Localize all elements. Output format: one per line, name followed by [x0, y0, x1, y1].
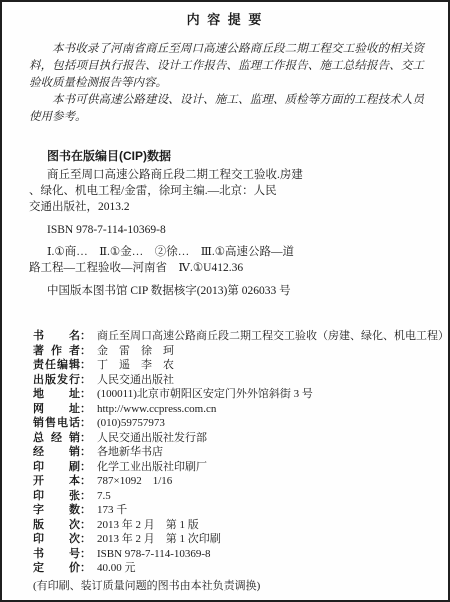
colophon-value: http://www.ccpress.com.cn [97, 402, 216, 417]
cip-isbn: ISBN 978-7-114-10369-8 [47, 222, 434, 238]
cip-data-section: 图书在版编目(CIP)数据 商丘至周口高速公路商丘段二期工程交工验收.房建 、绿… [29, 148, 434, 299]
colophon-value: 40.00 元 [97, 561, 136, 576]
colophon-row: 版次：2013 年 2 月 第 1 版 [33, 518, 440, 533]
colophon-row: 书号：ISBN 978-7-114-10369-8 [33, 547, 440, 562]
cip-title-line: 交通出版社，2013.2 [29, 199, 434, 215]
summary-paragraph-2: 本书可供高速公路建设、设计、施工、监理、质检等方面的工程技术人员使用参考。 [29, 92, 424, 126]
colophon-value: 丁 遥 李 农 [97, 358, 174, 373]
cip-title-line: 、绿化、机电工程/金雷，徐珂主编.—北京：人民 [29, 183, 434, 199]
colophon-row: 出版发行：人民交通出版社 [33, 373, 440, 388]
cip-heading: 图书在版编目(CIP)数据 [47, 148, 434, 164]
colophon-row: 著作者：金 雷 徐 珂 [33, 344, 440, 359]
colophon-row: 网址：http://www.ccpress.com.cn [33, 402, 440, 417]
colophon-colon: ： [80, 474, 91, 489]
colophon-label: 定价 [33, 561, 80, 576]
colophon-label: 地址 [33, 387, 80, 402]
colophon-colon: ： [80, 445, 91, 460]
colophon-label: 开本 [33, 474, 80, 489]
cip-classification-line: 路工程—工程验收—河南省 Ⅳ.①U412.36 [29, 260, 434, 276]
colophon-value: (010)59757973 [97, 416, 165, 431]
colophon-row: 书名：商丘至周口高速公路商丘段二期工程交工验收（房建、绿化、机电工程） [33, 329, 440, 344]
colophon-colon: ： [80, 329, 91, 344]
colophon-value: 人民交通出版社发行部 [97, 431, 207, 446]
colophon-colon: ： [80, 547, 91, 562]
colophon-colon: ： [80, 387, 91, 402]
colophon-row: 责任编辑：丁 遥 李 农 [33, 358, 440, 373]
colophon-row: 销售电话：(010)59757973 [33, 416, 440, 431]
summary-text: 本书收录了河南省商丘至周口高速公路商丘段二期工程交工验收的相关资料，包括项目执行… [29, 41, 424, 126]
colophon-value: 787×1092 1/16 [97, 474, 172, 489]
colophon-colon: ： [80, 503, 91, 518]
cip-title-line: 商丘至周口高速公路商丘段二期工程交工验收.房建 [47, 167, 434, 183]
colophon-row: 总经销：人民交通出版社发行部 [33, 431, 440, 446]
colophon-row: 经销：各地新华书店 [33, 445, 440, 460]
book-copyright-page: 内 容 提 要 本书收录了河南省商丘至周口高速公路商丘段二期工程交工验收的相关资… [0, 0, 450, 602]
colophon-label: 出版发行 [33, 373, 80, 388]
cip-record-number: 中国版本图书馆 CIP 数据核字(2013)第 026033 号 [47, 283, 434, 299]
colophon-row: 印次：2013 年 2 月 第 1 次印刷 [33, 532, 440, 547]
colophon-label: 总经销 [33, 431, 80, 446]
colophon-row: 开本：787×1092 1/16 [33, 474, 440, 489]
colophon-row: 字数：173 千 [33, 503, 440, 518]
colophon-label: 责任编辑 [33, 358, 80, 373]
summary-title: 内 容 提 要 [2, 12, 448, 28]
colophon-label: 字数 [33, 503, 80, 518]
colophon-row: 印刷：化学工业出版社印刷厂 [33, 460, 440, 475]
colophon-value: 人民交通出版社 [97, 373, 174, 388]
colophon-label: 印张 [33, 489, 80, 504]
colophon-value: 7.5 [97, 489, 111, 504]
colophon-row: 地址：(100011)北京市朝阳区安定门外外馆斜街 3 号 [33, 387, 440, 402]
colophon-colon: ： [80, 402, 91, 417]
colophon-colon: ： [80, 344, 91, 359]
colophon-colon: ： [80, 431, 91, 446]
colophon-colon: ： [80, 460, 91, 475]
colophon-row: 印张：7.5 [33, 489, 440, 504]
colophon-colon: ： [80, 358, 91, 373]
colophon-label: 销售电话 [33, 416, 80, 431]
colophon-label: 书名 [33, 329, 80, 344]
colophon-label: 版次 [33, 518, 80, 533]
colophon-colon: ： [80, 416, 91, 431]
colophon-value: ISBN 978-7-114-10369-8 [97, 547, 211, 562]
colophon-colon: ： [80, 518, 91, 533]
colophon-section: 书名：商丘至周口高速公路商丘段二期工程交工验收（房建、绿化、机电工程）著作者：金… [33, 329, 440, 593]
colophon-label: 书号 [33, 547, 80, 562]
colophon-label: 经销 [33, 445, 80, 460]
colophon-colon: ： [80, 489, 91, 504]
colophon-rows: 书名：商丘至周口高速公路商丘段二期工程交工验收（房建、绿化、机电工程）著作者：金… [33, 329, 440, 576]
colophon-label: 著作者 [33, 344, 80, 359]
colophon-value: 金 雷 徐 珂 [97, 344, 174, 359]
colophon-colon: ： [80, 373, 91, 388]
colophon-value: 2013 年 2 月 第 1 版 [97, 518, 199, 533]
cip-classification-line: Ⅰ.①商… Ⅱ.①金… ②徐… Ⅲ.①高速公路—道 [47, 244, 434, 260]
content-summary-section: 内 容 提 要 本书收录了河南省商丘至周口高速公路商丘段二期工程交工验收的相关资… [2, 12, 448, 126]
colophon-label: 印次 [33, 532, 80, 547]
colophon-colon: ： [80, 561, 91, 576]
colophon-value: 各地新华书店 [97, 445, 163, 460]
colophon-value: 商丘至周口高速公路商丘段二期工程交工验收（房建、绿化、机电工程） [97, 329, 449, 344]
colophon-value: 173 千 [97, 503, 127, 518]
summary-paragraph-1: 本书收录了河南省商丘至周口高速公路商丘段二期工程交工验收的相关资料，包括项目执行… [29, 41, 424, 92]
colophon-value: 2013 年 2 月 第 1 次印刷 [97, 532, 221, 547]
quality-note: (有印刷、装订质量问题的图书由本社负责调换) [33, 579, 440, 593]
colophon-value: 化学工业出版社印刷厂 [97, 460, 207, 475]
colophon-colon: ： [80, 532, 91, 547]
colophon-label: 印刷 [33, 460, 80, 475]
colophon-label: 网址 [33, 402, 80, 417]
colophon-value: (100011)北京市朝阳区安定门外外馆斜街 3 号 [97, 387, 313, 402]
colophon-row: 定价：40.00 元 [33, 561, 440, 576]
